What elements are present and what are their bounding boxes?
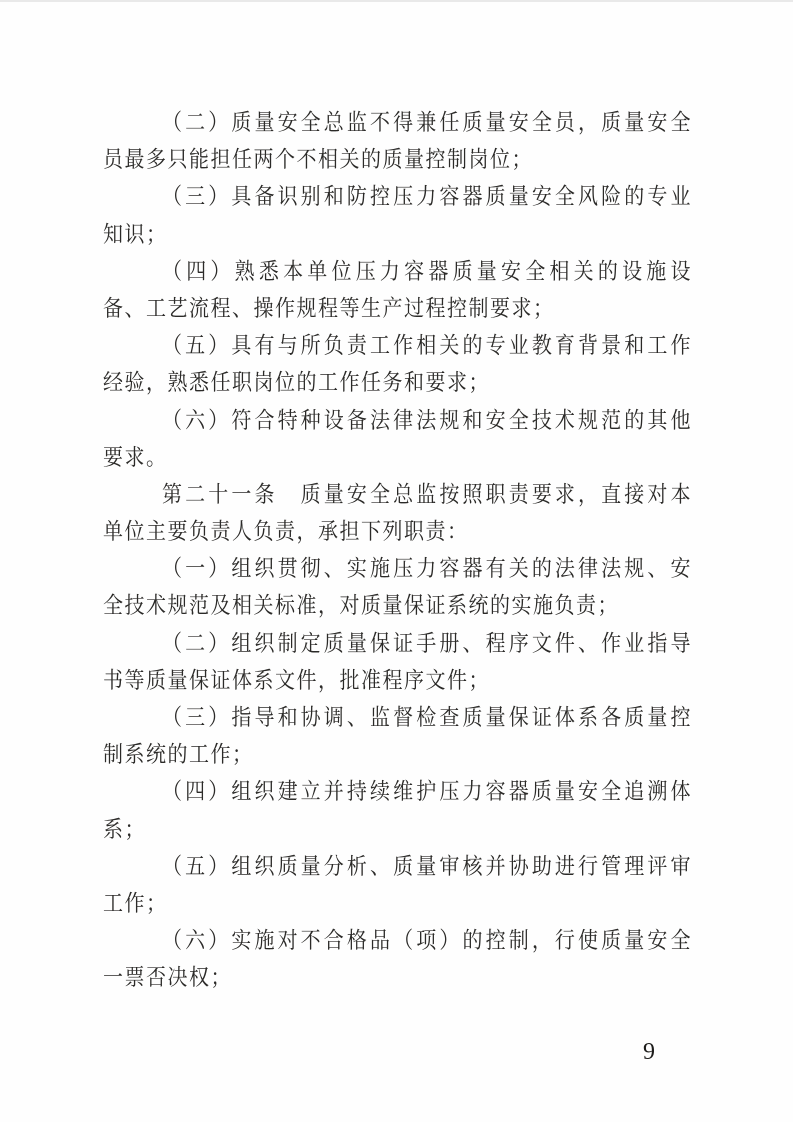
text-line: 要求。 [103,437,691,479]
text-line: （四）熟悉本单位压力容器质量安全相关的设施设 [103,251,691,293]
text-block: （二）质量安全总监不得兼任质量安全员，质量安全员最多只能担任两个不相关的质量控制… [103,105,691,998]
document-page: （二）质量安全总监不得兼任质量安全员，质量安全员最多只能担任两个不相关的质量控制… [0,0,793,1122]
text-line: （五）组织质量分析、质量审核并协助进行管理评审 [103,846,691,888]
text-line: 经验，熟悉任职岗位的工作任务和要求； [103,363,691,405]
text-line: 系； [103,809,691,851]
text-line: 知识； [103,214,691,256]
text-line: 备、工艺流程、操作规程等生产过程控制要求； [103,288,691,330]
text-line: （六）符合特种设备法律法规和安全技术规范的其他 [103,400,691,442]
page-number: 9 [643,1038,655,1066]
text-line: 工作； [103,883,691,925]
text-line: （四）组织建立并持续维护压力容器质量安全追溯体 [103,772,691,814]
text-line: 书等质量保证体系文件，批准程序文件； [103,660,691,702]
text-line: （二）组织制定质量保证手册、程序文件、作业指导 [103,623,691,665]
text-line: 全技术规范及相关标准，对质量保证系统的实施负责； [103,586,691,628]
text-line: 第二十一条 质量安全总监按照职责要求，直接对本 [103,474,691,516]
text-line: 一票否决权； [103,958,691,1000]
text-line: （三）具备识别和防控压力容器质量安全风险的专业 [103,177,691,219]
